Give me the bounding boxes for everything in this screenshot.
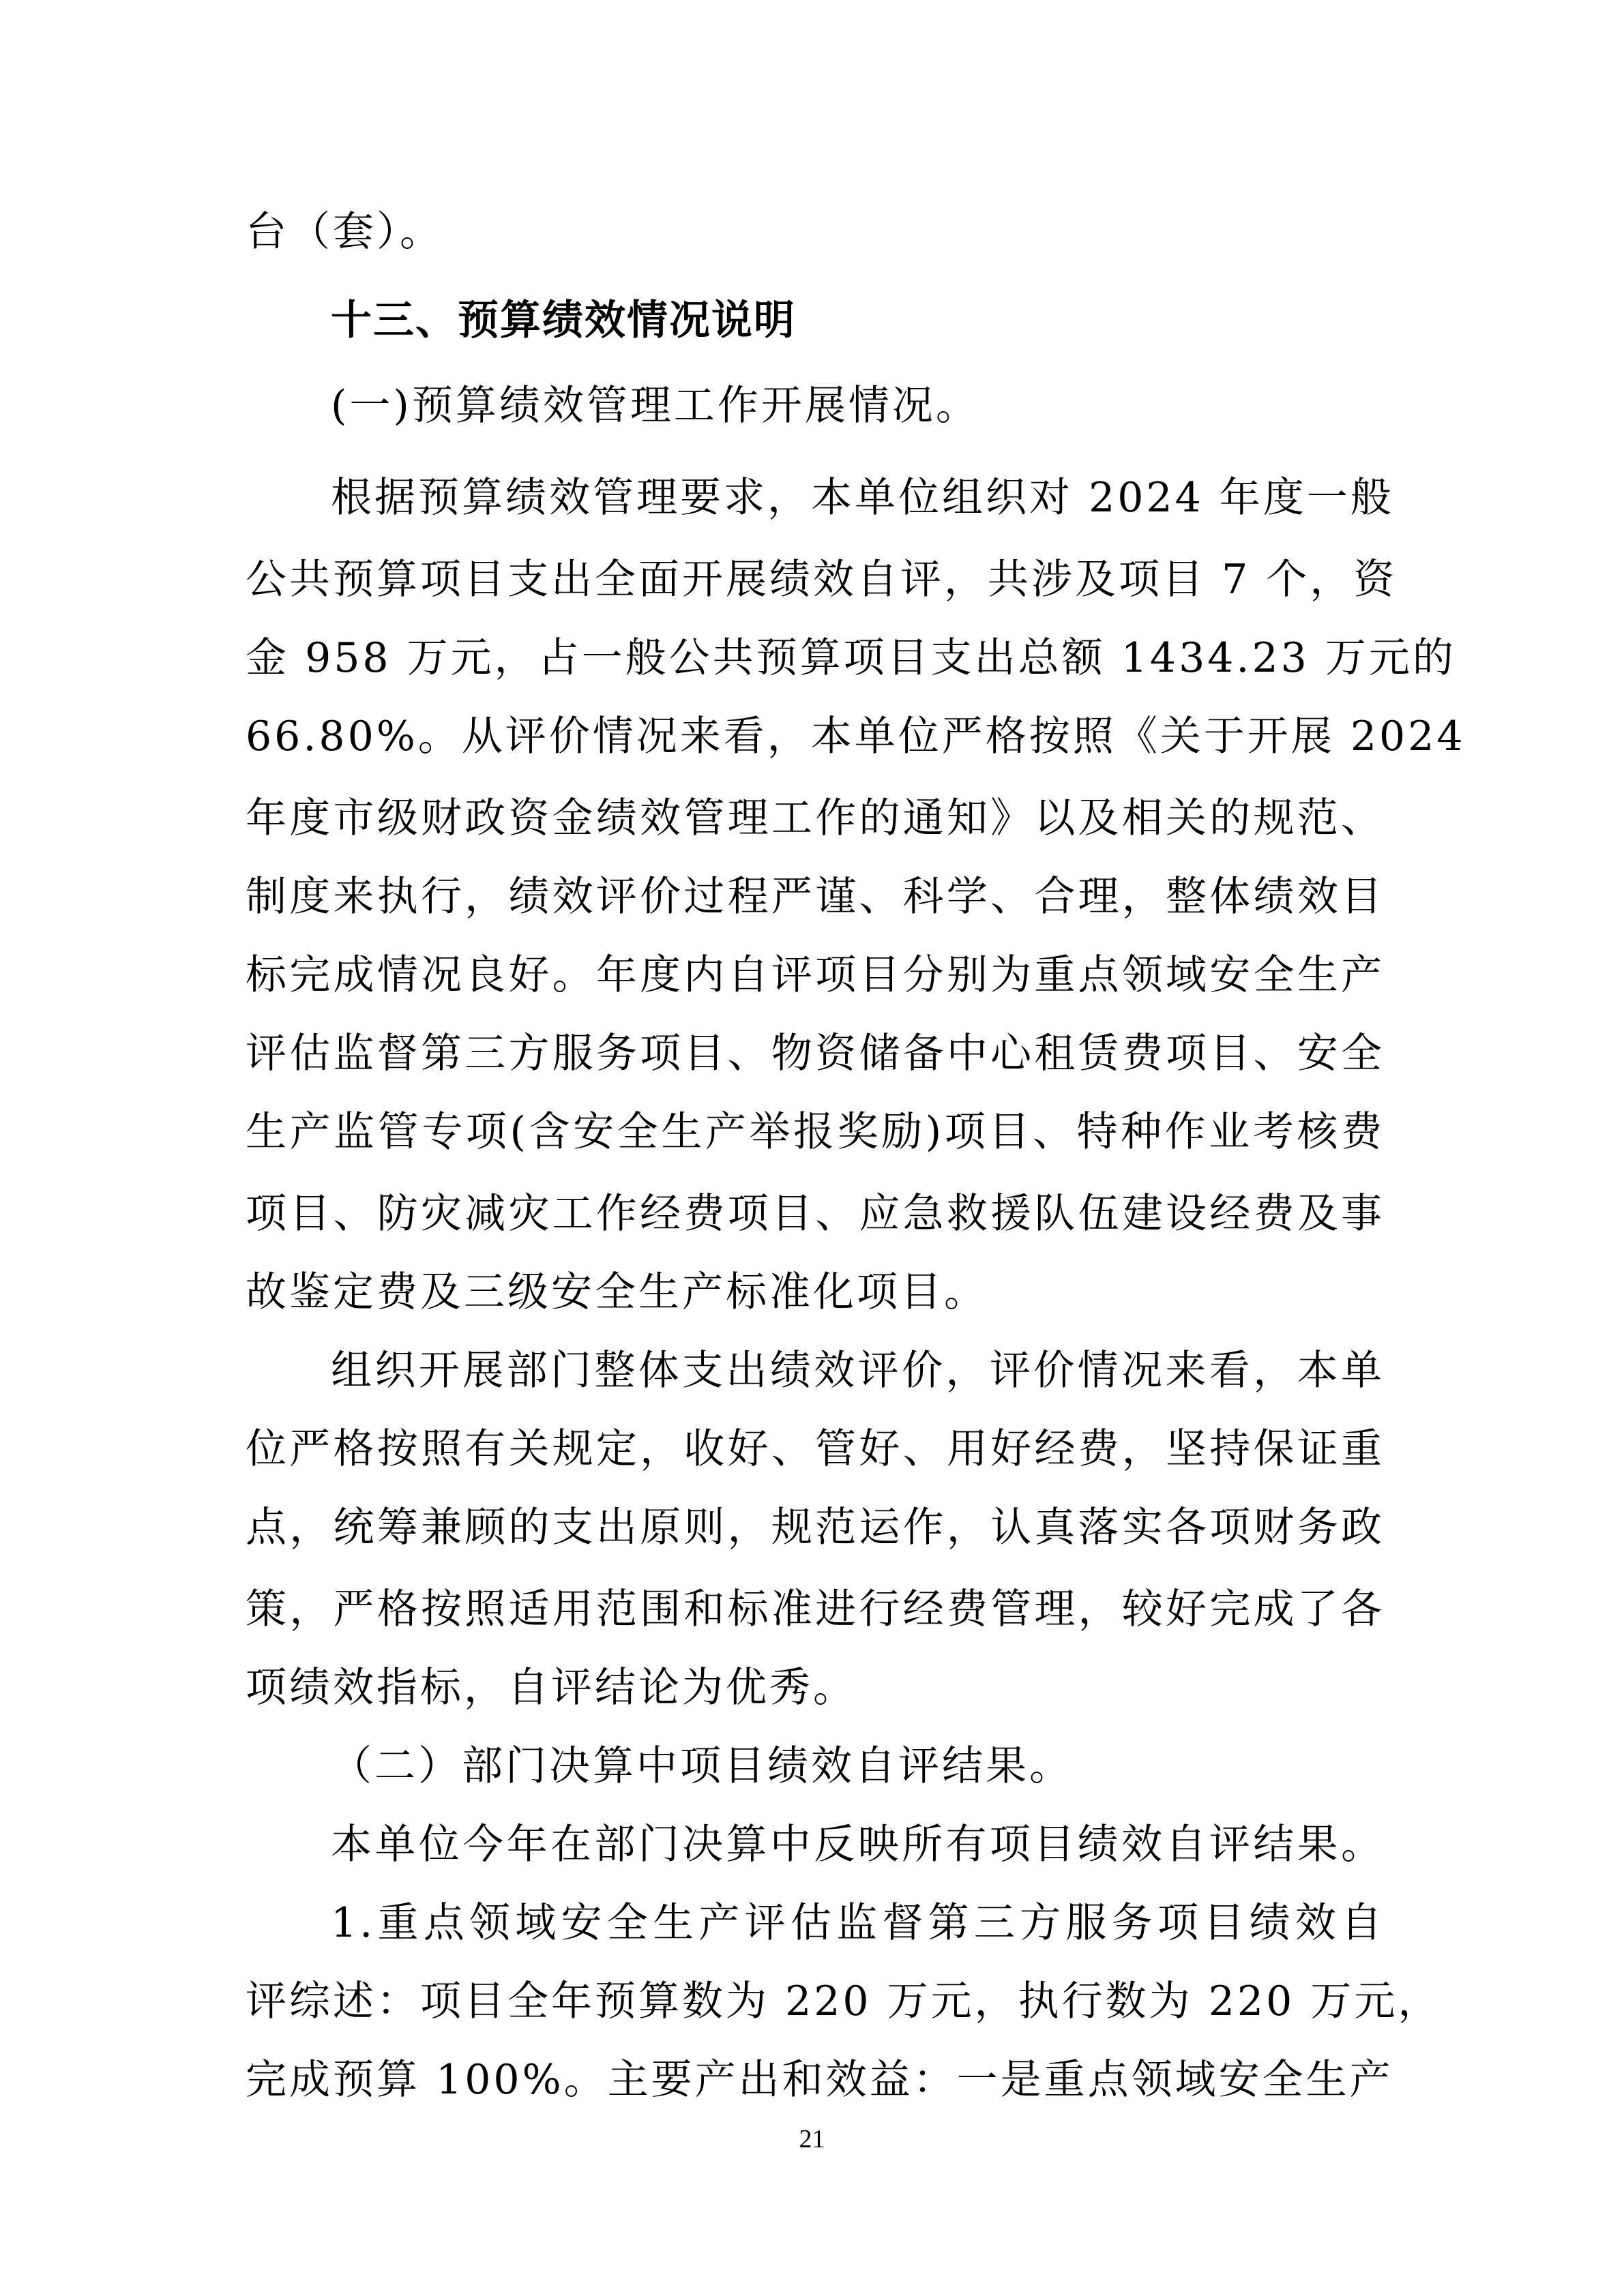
body-text-line: 生产监管专项(含安全生产举报奖励)项目、特种作业考核费 [246,1105,1385,1159]
document-page: 台（套）。 十三、预算绩效情况说明 (一)预算绩效管理工作开展情况。 根据预算绩… [0,0,1624,2296]
body-text-line: 根据预算绩效管理要求，本单位组织对 2024 年度一般 [331,471,1385,525]
body-text-line: 策，严格按照适用范围和标准进行经费管理，较好完成了各 [246,1582,1385,1637]
body-text-line: 公共预算项目支出全面开展绩效自评，共涉及项目 7 个，资 [246,552,1385,607]
body-text-line: 项绩效指标，自评结论为优秀。 [246,1660,1385,1715]
body-text-line: 年度市级财政资金绩效管理工作的通知》以及相关的规范、 [246,791,1385,846]
subsection-heading: (一)预算绩效管理工作开展情况。 [331,378,1385,433]
body-text-line: 故鉴定费及三级安全生产标准化项目。 [246,1265,1385,1320]
body-text-line: 台（套）。 [246,205,1385,259]
body-text-line: 1.重点领域安全生产评估监督第三方服务项目绩效自 [331,1896,1385,1950]
subsection-heading: （二）部门决算中项目绩效自评结果。 [331,1739,1385,1793]
body-text-line: 完成预算 100%。主要产出和效益：一是重点领域安全生产 [246,2053,1385,2107]
body-text-line: 评综述：项目全年预算数为 220 万元，执行数为 220 万元， [246,1974,1385,2029]
body-text-line: 组织开展部门整体支出绩效评价，评价情况来看，本单 [331,1343,1385,1398]
section-heading: 十三、预算绩效情况说明 [331,293,1385,348]
body-text-line: 位严格按照有关规定，收好、管好、用好经费，坚持保证重 [246,1422,1385,1476]
body-text-line: 标完成情况良好。年度内自评项目分别为重点领域安全生产 [246,948,1385,1002]
body-text-line: 评估监督第三方服务项目、物资储备中心租赁费项目、安全 [246,1026,1385,1081]
body-text-line: 项目、防灾减灾工作经费项目、应急救援队伍建设经费及事 [246,1187,1385,1241]
body-text-line: 66.80%。从评价情况来看，本单位严格按照《关于开展 2024 [246,709,1385,764]
body-text-line: 本单位今年在部门决算中反映所有项目绩效自评结果。 [331,1817,1385,1872]
body-text-line: 制度来执行，绩效评价过程严谨、科学、合理，整体绩效目 [246,869,1385,924]
body-text-line: 金 958 万元，占一般公共预算项目支出总额 1434.23 万元的 [246,631,1385,685]
body-text-line: 点，统筹兼顾的支出原则，规范运作，认真落实各项财务政 [246,1500,1385,1555]
page-number: 21 [0,2124,1624,2154]
